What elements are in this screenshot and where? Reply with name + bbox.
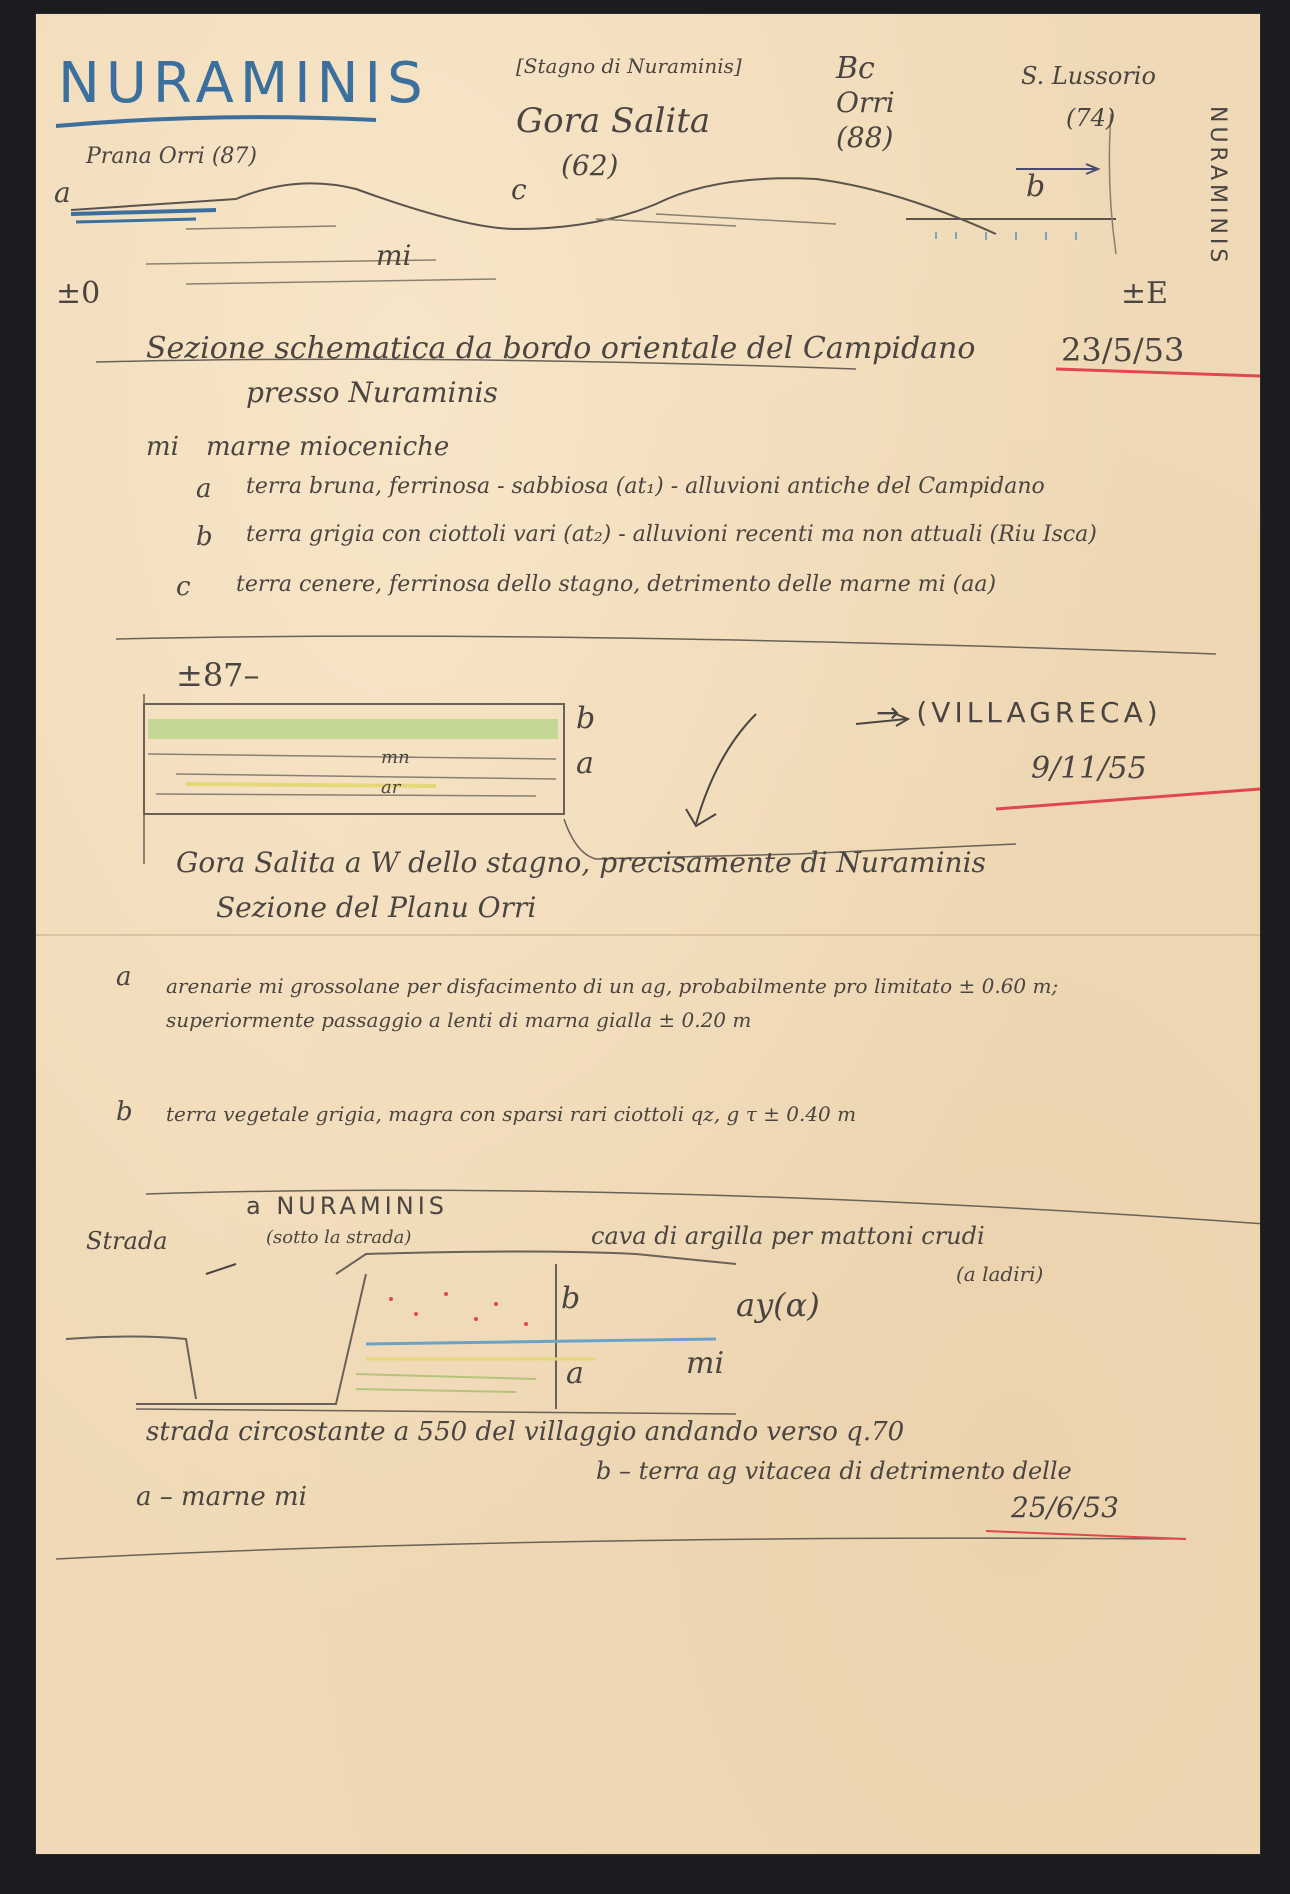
page-title: NURAMINIS xyxy=(58,56,429,112)
place-s-lussorio: S. Lussorio xyxy=(1021,64,1156,88)
legend-key: b xyxy=(196,524,213,550)
legend-text: marne mioceniche xyxy=(206,434,449,460)
section1-date: 23/5/53 xyxy=(1061,334,1184,366)
section3-legend-b: b – terra ag vitacea di detrimento delle xyxy=(596,1459,1072,1483)
sketch-label-mi: mi xyxy=(686,1349,724,1379)
legend-text: terra grigia con ciottoli vari (at₂) - a… xyxy=(246,524,1097,546)
place-prana-orri: Prana Orri (87) xyxy=(86,146,257,168)
legend-key: mi xyxy=(146,434,179,460)
section3-caption: strada circostante a 550 del villaggio a… xyxy=(146,1419,904,1445)
right-elevation: ±E xyxy=(1121,279,1168,309)
section2-label-b: b xyxy=(576,704,595,734)
sketch-label-a: a xyxy=(566,1359,584,1389)
legend-key: a xyxy=(196,476,212,502)
sketch-label-b: b xyxy=(561,1284,580,1314)
toward-sub: (sotto la strada) xyxy=(266,1229,411,1247)
place-mid-2: Orri xyxy=(836,89,895,117)
place-s-lussorio-elev: (74) xyxy=(1066,106,1115,130)
road-label: Strada xyxy=(86,1229,168,1253)
section2-elevation: ±87– xyxy=(176,659,260,691)
section3-legend-a: a – marne mi xyxy=(136,1484,307,1510)
section2-caption-line1: Gora Salita a W dello stagno, precisamen… xyxy=(176,849,986,877)
section2-date: 9/11/55 xyxy=(1031,754,1147,784)
legend-key: a xyxy=(116,964,132,990)
villagreca-note: → (VILLAGRECA) xyxy=(876,699,1162,727)
vertical-label-nuraminis: NURAMINIS xyxy=(1206,106,1228,266)
place-mid-elev: (88) xyxy=(836,124,893,152)
profile-label-mi: mi xyxy=(376,242,412,270)
left-elevation: ±0 xyxy=(56,279,100,309)
legend-text: terra cenere, ferrinosa dello stagno, de… xyxy=(236,574,996,596)
section2-caption-line2: Sezione del Planu Orri xyxy=(216,894,536,922)
toward-nuraminis: a NURAMINIS xyxy=(246,1194,448,1218)
profile-label-b: b xyxy=(1026,172,1045,202)
section2-label-ar: ar xyxy=(381,779,400,797)
profile-label-c: c xyxy=(511,176,527,204)
profile-label-a: a xyxy=(54,179,71,207)
sketch-layer xyxy=(36,14,1260,1854)
notebook-page: NURAMINIS [Stagno di Nuraminis] Prana Or… xyxy=(36,14,1260,1854)
legend-text: arenarie mi grossolane per disfacimento … xyxy=(166,969,1186,1037)
place-mid-1: Bc xyxy=(836,54,875,84)
place-gora-salita: Gora Salita xyxy=(516,104,710,138)
legend-key: b xyxy=(116,1099,133,1125)
legend-key: c xyxy=(176,574,191,600)
section3-date: 25/6/53 xyxy=(1011,1494,1119,1522)
section2-label-a: a xyxy=(576,749,594,779)
section1-caption-line2: presso Nuraminis xyxy=(246,379,498,407)
quarry-sub: (a ladiri) xyxy=(956,1264,1043,1284)
legend-text: terra bruna, ferrinosa - sabbiosa (at₁) … xyxy=(246,476,1045,498)
sketch-label-ay: ay(α) xyxy=(736,1289,820,1321)
section2-label-mn: mn xyxy=(381,749,410,767)
place-gora-elev: (62) xyxy=(561,152,618,180)
section1-caption-line1: Sezione schematica da bordo orientale de… xyxy=(146,334,975,364)
header-note: [Stagno di Nuraminis] xyxy=(516,56,742,76)
legend-text: terra vegetale grigia, magra con sparsi … xyxy=(166,1104,856,1124)
quarry-note: cava di argilla per mattoni crudi xyxy=(591,1224,985,1248)
